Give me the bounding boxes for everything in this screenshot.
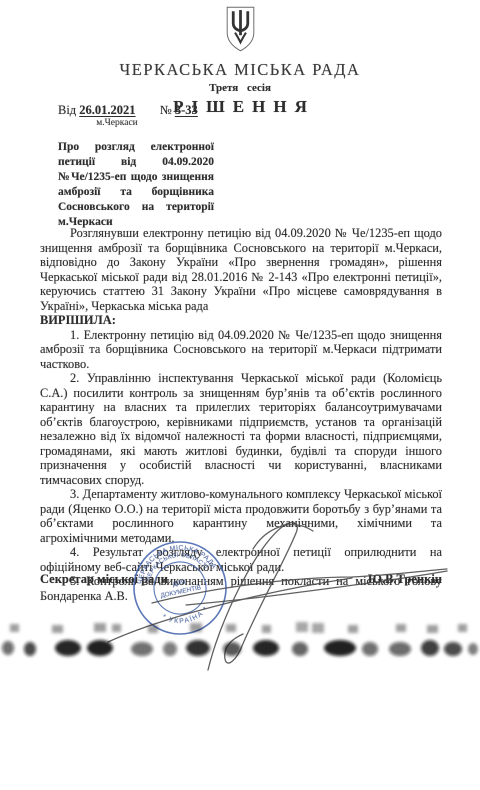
date-number-line: Від 26.01.2021 № 3-33 — [58, 103, 198, 118]
resolved-label: ВИРІШИЛА: — [40, 313, 442, 328]
number-value: 3-33 — [175, 103, 198, 117]
organization-name: ЧЕРКАСЬКА МІСЬКА РАДА — [0, 60, 480, 80]
number-label: № — [160, 103, 172, 117]
document-subject: Про розгляд електронної петиції від 04.0… — [58, 140, 214, 230]
session-title: Третя сесія — [0, 82, 480, 94]
date-value: 26.01.2021 — [79, 103, 135, 117]
ink-bleed-through-smudge — [0, 616, 480, 678]
resolution-item: 1. Електронну петицію від 04.09.2020 № Ч… — [40, 328, 442, 372]
preamble-paragraph: Розглянувши електронну петицію від 04.09… — [40, 226, 442, 313]
city-label: м.Черкаси — [62, 118, 172, 128]
document-header: ЧЕРКАСЬКА МІСЬКА РАДА Третя сесія РІШЕНН… — [0, 6, 480, 117]
ukraine-trident-emblem-icon — [222, 6, 259, 52]
date-label: Від — [58, 103, 76, 117]
document-page: ЧЕРКАСЬКА МІСЬКА РАДА Третя сесія РІШЕНН… — [0, 0, 480, 790]
